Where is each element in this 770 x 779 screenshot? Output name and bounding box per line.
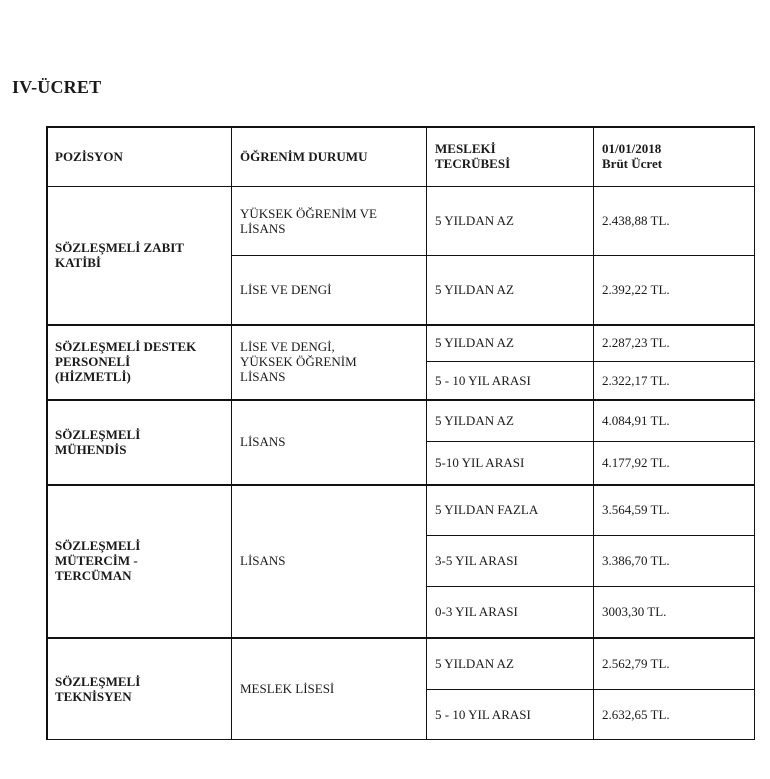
salary-cell: 3.386,70 TL. <box>593 535 755 586</box>
header-experience: MESLEKİ TECRÜBESİ <box>426 126 593 186</box>
experience-cell: 5-10 YIL ARASI <box>426 441 593 484</box>
salary-cell: 2.287,23 TL. <box>593 324 755 361</box>
experience-cell: 5 YILDAN AZ <box>426 399 593 441</box>
salary-cell: 2.632,65 TL. <box>593 689 755 740</box>
salary-cell: 4.084,91 TL. <box>593 399 755 441</box>
salary-cell: 3.564,59 TL. <box>593 484 755 535</box>
salary-cell: 3003,30 TL. <box>593 586 755 637</box>
experience-cell: 5 - 10 YIL ARASI <box>426 689 593 740</box>
experience-cell: 5 YILDAN FAZLA <box>426 484 593 535</box>
education-cell: LİSANS <box>231 484 426 637</box>
section-title: IV-ÜCRET <box>12 77 101 98</box>
salary-cell: 2.322,17 TL. <box>593 361 755 399</box>
experience-cell: 5 YILDAN AZ <box>426 186 593 255</box>
education-cell: LİSANS <box>231 399 426 484</box>
salary-cell: 2.392,22 TL. <box>593 255 755 324</box>
education-cell: MESLEK LİSESİ <box>231 637 426 740</box>
position-cell: SÖZLEŞMELİ MÜHENDİS <box>46 399 231 484</box>
experience-cell: 5 - 10 YIL ARASI <box>426 361 593 399</box>
experience-cell: 0-3 YIL ARASI <box>426 586 593 637</box>
header-salary: 01/01/2018 Brüt Ücret <box>593 126 755 186</box>
education-cell: YÜKSEK ÖĞRENİM VE LİSANS <box>231 186 426 255</box>
education-cell: LİSE VE DENGİ <box>231 255 426 324</box>
experience-cell: 5 YILDAN AZ <box>426 255 593 324</box>
experience-cell: 5 YILDAN AZ <box>426 324 593 361</box>
salary-cell: 2.562,79 TL. <box>593 637 755 689</box>
salary-table: POZİSYONÖĞRENİM DURUMUMESLEKİ TECRÜBESİ0… <box>46 126 755 740</box>
salary-cell: 4.177,92 TL. <box>593 441 755 484</box>
header-position: POZİSYON <box>46 126 231 186</box>
position-cell: SÖZLEŞMELİ TEKNİSYEN <box>46 637 231 740</box>
education-cell: LİSE VE DENGİ, YÜKSEK ÖĞRENİM LİSANS <box>231 324 426 399</box>
salary-cell: 2.438,88 TL. <box>593 186 755 255</box>
experience-cell: 5 YILDAN AZ <box>426 637 593 689</box>
header-education: ÖĞRENİM DURUMU <box>231 126 426 186</box>
position-cell: SÖZLEŞMELİ ZABIT KATİBİ <box>46 186 231 324</box>
position-cell: SÖZLEŞMELİ DESTEK PERSONELİ (HİZMETLİ) <box>46 324 231 399</box>
position-cell: SÖZLEŞMELİ MÜTERCİM - TERCÜMAN <box>46 484 231 637</box>
experience-cell: 3-5 YIL ARASI <box>426 535 593 586</box>
